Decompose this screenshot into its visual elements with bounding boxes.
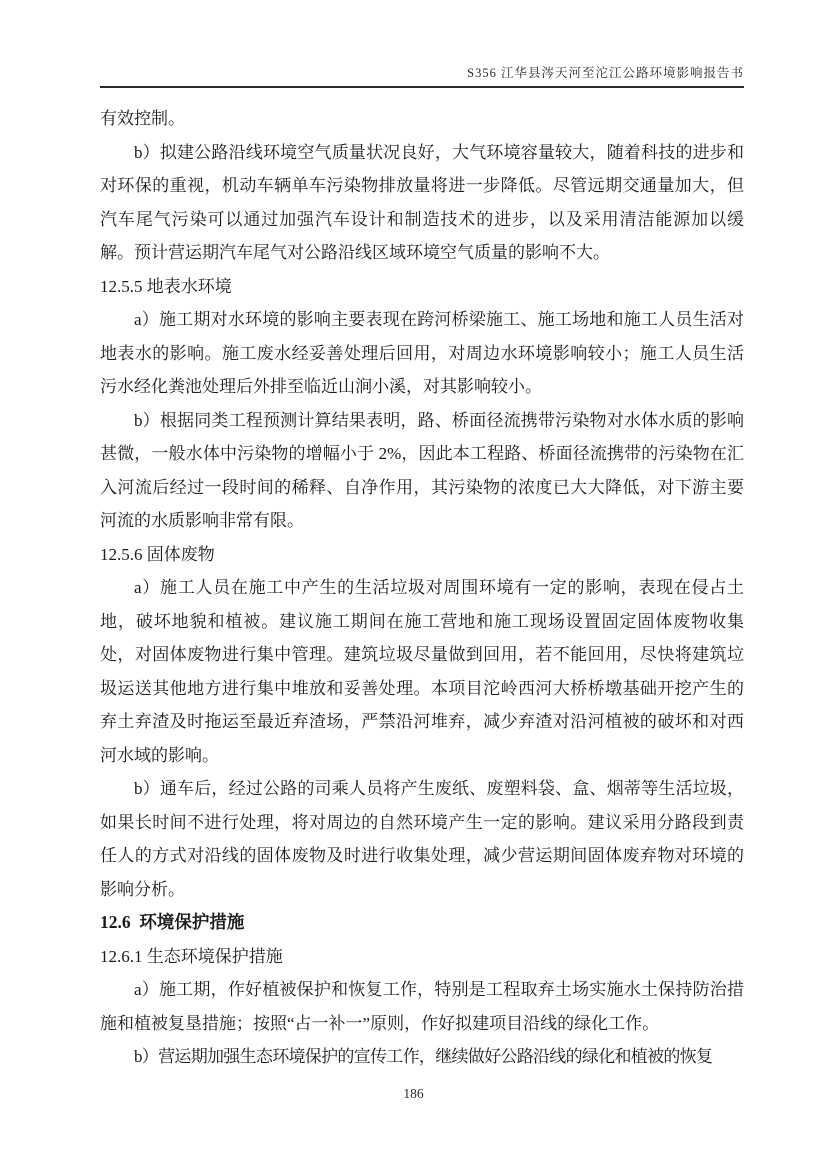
- heading-12-6-environmental-protection: 12.6 环境保护措施: [100, 906, 744, 940]
- paragraph-continued: 有效控制。: [100, 102, 744, 136]
- heading-12-5-5-surface-water: 12.5.5 地表水环境: [100, 270, 744, 304]
- paragraph-air-quality-b: b）拟建公路沿线环境空气质量状况良好，大气环境容量较大，随着科技的进步和对环保的…: [100, 136, 744, 270]
- paragraph-solid-waste-a: a）施工人员在施工中产生的生活垃圾对周围环境有一定的影响，表现在侵占土地，破坏地…: [100, 571, 744, 772]
- heading-12-5-6-solid-waste: 12.5.6 固体废物: [100, 538, 744, 572]
- heading-12-6-1-eco-protection: 12.6.1 生态环境保护措施: [100, 940, 744, 974]
- paragraph-solid-waste-b: b）通车后，经过公路的司乘人员将产生废纸、废塑料袋、盒、烟蒂等生活垃圾，如果长时…: [100, 772, 744, 906]
- paragraph-eco-protection-b: b）营运期加强生态环境保护的宣传工作，继续做好公路沿线的绿化和植被的恢复: [100, 1040, 744, 1074]
- document-body: 有效控制。 b）拟建公路沿线环境空气质量状况良好，大气环境容量较大，随着科技的进…: [100, 102, 744, 1074]
- page-footer: 186: [0, 1086, 827, 1102]
- page-header: S356 江华县涔天河至沱江公路环境影响报告书: [100, 64, 744, 88]
- paragraph-surface-water-b: b）根据同类工程预测计算结果表明，路、桥面径流携带污染物对水体水质的影响甚微，一…: [100, 404, 744, 538]
- header-title: S356 江华县涔天河至沱江公路环境影响报告书: [100, 64, 744, 83]
- header-rule: [100, 86, 744, 88]
- page-number: 186: [403, 1086, 423, 1101]
- paragraph-surface-water-a: a）施工期对水环境的影响主要表现在跨河桥梁施工、施工场地和施工人员生活对地表水的…: [100, 303, 744, 404]
- document-page: S356 江华县涔天河至沱江公路环境影响报告书 有效控制。 b）拟建公路沿线环境…: [0, 0, 827, 1169]
- paragraph-eco-protection-a: a）施工期，作好植被保护和恢复工作，特别是工程取弃土场实施水土保持防治措施和植被…: [100, 973, 744, 1040]
